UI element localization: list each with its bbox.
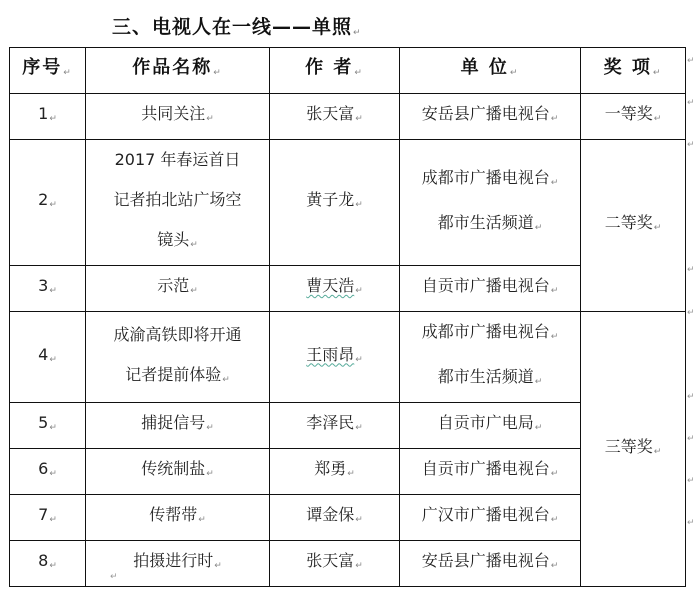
cell-title: 共同关注↵ — [86, 94, 270, 140]
cell-text: 张天富 — [306, 551, 354, 570]
paragraph-mark-icon: ↵ — [355, 423, 363, 433]
cell-text: 郑勇 — [314, 459, 346, 478]
paragraph-mark-icon: ↵ — [63, 68, 73, 78]
cell-unit: 自贡市广播电视台↵ — [400, 449, 581, 495]
cell-text: 7 — [38, 505, 48, 524]
cell-author: 曹天浩↵ — [270, 266, 400, 312]
paragraph-mark-icon: ↵ — [206, 114, 214, 124]
cell-text: 记者提前体验↵ — [86, 355, 269, 400]
header-author: 作 者↵ — [270, 48, 400, 94]
cell-text: 都市生活频道 — [438, 213, 534, 232]
cell-title: 传统制盐↵ — [86, 449, 270, 495]
paragraph-mark-icon: ↵ — [551, 332, 559, 342]
row-end-mark-icon: ↵ — [687, 56, 695, 66]
cell-text: 王雨昂 — [306, 345, 354, 364]
cell-no: 3↵ — [10, 266, 86, 312]
cell-no: 4↵ — [10, 312, 86, 403]
paragraph-mark-icon: ↵ — [49, 469, 57, 479]
paragraph-mark-icon: ↵ — [551, 178, 559, 188]
row-end-mark-icon: ↵ — [687, 98, 695, 108]
cell-text: 示范 — [157, 276, 189, 295]
cell-text: 成都市广播电视台↵ — [400, 158, 580, 203]
paragraph-mark-icon: ↵ — [206, 469, 214, 479]
cell-text: 单 位 — [461, 57, 509, 78]
cell-award: 二等奖↵ — [581, 140, 686, 312]
paragraph-mark-icon: ↵ — [551, 114, 559, 124]
paragraph-mark-icon: ↵ — [510, 68, 520, 78]
paragraph-mark-icon: ↵ — [355, 200, 363, 210]
cell-text: 记者拍北站广场空 — [86, 180, 269, 220]
paragraph-mark-icon: ↵ — [110, 572, 118, 582]
cell-text: 奖 项 — [604, 57, 652, 78]
paragraph-mark-icon: ↵ — [190, 240, 198, 250]
row-end-mark-icon: ↵ — [687, 392, 695, 402]
paragraph-mark-icon: ↵ — [354, 68, 364, 78]
cell-text: 镜头↵ — [86, 220, 269, 265]
cell-text: 广汉市广播电视台 — [422, 505, 550, 524]
cell-text: 传帮带 — [149, 505, 197, 524]
cell-author: 谭金保↵ — [270, 495, 400, 541]
cell-no: 7↵ — [10, 495, 86, 541]
cell-text: 序号 — [22, 57, 62, 78]
cell-author: 李泽民↵ — [270, 403, 400, 449]
cell-unit: 自贡市广电局↵ — [400, 403, 581, 449]
cell-text: 李泽民 — [306, 413, 354, 432]
cell-award: 一等奖↵ — [581, 94, 686, 140]
table-row: 1↵ 共同关注↵ 张天富↵ 安岳县广播电视台↵ 一等奖↵ — [10, 94, 686, 140]
paragraph-mark-icon: ↵ — [353, 28, 362, 38]
cell-unit: 成都市广播电视台↵ 都市生活频道↵ — [400, 312, 581, 403]
cell-text: 自贡市广播电视台 — [422, 459, 550, 478]
cell-title: 示范↵ — [86, 266, 270, 312]
paragraph-mark-icon: ↵ — [222, 375, 230, 385]
cell-text: 安岳县广播电视台 — [422, 104, 550, 123]
header-title: 作品名称↵ — [86, 48, 270, 94]
paragraph-mark-icon: ↵ — [49, 200, 57, 210]
cell-title: 成渝高铁即将开通 记者提前体验↵ — [86, 312, 270, 403]
cell-text: 5 — [38, 413, 48, 432]
cell-text: 三等奖 — [605, 437, 653, 456]
paragraph-mark-icon: ↵ — [49, 286, 57, 296]
cell-text: 成都市广播电视台↵ — [400, 312, 580, 357]
row-end-mark-icon: ↵ — [687, 140, 695, 150]
cell-no: 5↵ — [10, 403, 86, 449]
paragraph-mark-icon: ↵ — [535, 423, 543, 433]
cell-text: 2 — [38, 190, 48, 209]
paragraph-mark-icon: ↵ — [49, 114, 57, 124]
cell-text: 自贡市广电局 — [438, 413, 534, 432]
paragraph-mark-icon: ↵ — [206, 423, 214, 433]
cell-text: 张天富 — [306, 104, 354, 123]
paragraph-mark-icon: ↵ — [49, 515, 57, 525]
cell-text: 安岳县广播电视台 — [422, 551, 550, 570]
row-end-mark-icon: ↵ — [687, 434, 695, 444]
awards-table: 序号↵ 作品名称↵ 作 者↵ 单 位↵ 奖 项↵ 1↵ 共同关注↵ 张天富↵ 安… — [9, 47, 686, 587]
header-award: 奖 项↵ — [581, 48, 686, 94]
section-title: 三、电视人在一线——单照↵ — [112, 12, 362, 39]
cell-text: 1 — [38, 104, 48, 123]
cell-no: 8↵ — [10, 541, 86, 587]
cell-unit: 安岳县广播电视台↵ — [400, 94, 581, 140]
cell-title: 2017 年春运首日 记者拍北站广场空 镜头↵ — [86, 140, 270, 266]
paragraph-mark-icon: ↵ — [355, 114, 363, 124]
cell-text: 都市生活频道 — [438, 367, 534, 386]
paragraph-mark-icon: ↵ — [190, 286, 198, 296]
cell-text: 传统制盐 — [141, 459, 205, 478]
paragraph-mark-icon: ↵ — [355, 515, 363, 525]
cell-no: 2↵ — [10, 140, 86, 266]
cell-text: 都市生活频道↵ — [400, 357, 580, 402]
table-row: 2↵ 2017 年春运首日 记者拍北站广场空 镜头↵ 黄子龙↵ 成都市广播电视台… — [10, 140, 686, 266]
cell-text: 都市生活频道↵ — [400, 203, 580, 248]
cell-no: 6↵ — [10, 449, 86, 495]
cell-text: 作 者 — [305, 57, 353, 78]
cell-text: 镜头 — [157, 230, 189, 249]
cell-no: 1↵ — [10, 94, 86, 140]
cell-text: 6 — [38, 459, 48, 478]
cell-author: 郑勇↵ — [270, 449, 400, 495]
paragraph-mark-icon: ↵ — [654, 447, 662, 457]
cell-text: 捕捉信号 — [141, 413, 205, 432]
paragraph-mark-icon: ↵ — [551, 286, 559, 296]
cell-author: 张天富↵ — [270, 541, 400, 587]
table-row: 4↵ 成渝高铁即将开通 记者提前体验↵ 王雨昂↵ 成都市广播电视台↵ 都市生活频… — [10, 312, 686, 403]
table-header-row: 序号↵ 作品名称↵ 作 者↵ 单 位↵ 奖 项↵ — [10, 48, 686, 94]
cell-unit: 安岳县广播电视台↵ — [400, 541, 581, 587]
cell-unit: 广汉市广播电视台↵ — [400, 495, 581, 541]
header-unit: 单 位↵ — [400, 48, 581, 94]
paragraph-mark-icon: ↵ — [49, 355, 57, 365]
paragraph-mark-icon: ↵ — [654, 114, 662, 124]
cell-author: 张天富↵ — [270, 94, 400, 140]
paragraph-mark-icon: ↵ — [213, 68, 223, 78]
cell-text: 成都市广播电视台 — [422, 168, 550, 187]
cell-unit: 成都市广播电视台↵ 都市生活频道↵ — [400, 140, 581, 266]
cell-text: 3 — [38, 276, 48, 295]
paragraph-mark-icon: ↵ — [355, 561, 363, 571]
cell-text: 拍摄进行时 — [133, 551, 213, 570]
paragraph-mark-icon: ↵ — [551, 561, 559, 571]
paragraph-mark-icon: ↵ — [49, 561, 57, 571]
cell-text: 成渝高铁即将开通 — [86, 315, 269, 355]
cell-text: 曹天浩 — [306, 276, 354, 295]
cell-text: 记者提前体验 — [125, 365, 221, 384]
row-end-mark-icon: ↵ — [687, 308, 695, 318]
paragraph-mark-icon: ↵ — [49, 423, 57, 433]
paragraph-mark-icon: ↵ — [355, 355, 363, 365]
cell-text: 8 — [38, 551, 48, 570]
cell-title: 传帮带↵ — [86, 495, 270, 541]
cell-unit: 自贡市广播电视台↵ — [400, 266, 581, 312]
cell-text: 黄子龙 — [306, 190, 354, 209]
paragraph-mark-icon: ↵ — [535, 377, 543, 387]
cell-author: 王雨昂↵ — [270, 312, 400, 403]
cell-text: 成都市广播电视台 — [422, 322, 550, 341]
cell-text: 作品名称 — [132, 57, 212, 78]
cell-award: 三等奖↵ — [581, 312, 686, 587]
row-end-mark-icon: ↵ — [687, 518, 695, 528]
paragraph-mark-icon: ↵ — [653, 68, 663, 78]
paragraph-mark-icon: ↵ — [535, 223, 543, 233]
cell-text: 自贡市广播电视台 — [422, 276, 550, 295]
paragraph-mark-icon: ↵ — [198, 515, 206, 525]
cell-text: 4 — [38, 345, 48, 364]
paragraph-mark-icon: ↵ — [214, 561, 222, 571]
cell-text: 一等奖 — [605, 104, 653, 123]
paragraph-mark-icon: ↵ — [551, 469, 559, 479]
row-end-mark-icon: ↵ — [687, 476, 695, 486]
paragraph-mark-icon: ↵ — [347, 469, 355, 479]
cell-text: 2017 年春运首日 — [86, 140, 269, 180]
header-no: 序号↵ — [10, 48, 86, 94]
paragraph-mark-icon: ↵ — [551, 515, 559, 525]
row-end-mark-icon: ↵ — [687, 265, 695, 275]
cell-author: 黄子龙↵ — [270, 140, 400, 266]
cell-text: 谭金保 — [306, 505, 354, 524]
cell-text: 二等奖 — [605, 213, 653, 232]
cell-text: 共同关注 — [141, 104, 205, 123]
paragraph-mark-icon: ↵ — [355, 286, 363, 296]
paragraph-mark-icon: ↵ — [654, 223, 662, 233]
cell-title: 捕捉信号↵ — [86, 403, 270, 449]
